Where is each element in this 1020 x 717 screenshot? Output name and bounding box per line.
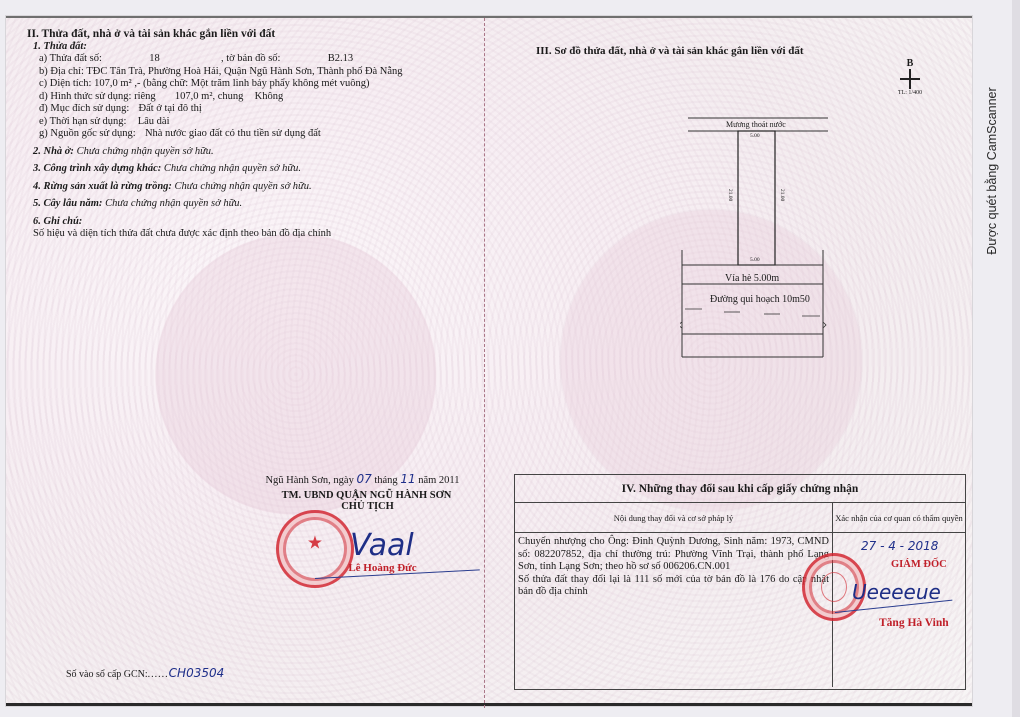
sign-role: CHỦ TỊCH: [250, 501, 485, 512]
forest-label: 4. Rừng sản xuất là rừng trồng:: [33, 181, 172, 192]
drain-label: Mương thoát nước: [726, 120, 786, 129]
changes-table-header: Nội dung thay đổi và cơ sở pháp lý Xác n…: [515, 503, 965, 533]
perennial-label: 5. Cây lâu năm:: [33, 198, 102, 209]
section-2: II. Thửa đất, nhà ở và tài sản khác gắn …: [27, 28, 477, 241]
book-number-value: CH03504: [169, 666, 225, 680]
note-text: Số hiệu và diện tích thửa đất chưa được …: [33, 228, 477, 241]
forest-value: Chưa chứng nhận quyền sở hữu.: [175, 181, 312, 192]
land-number-label: a) Thửa đất số:: [39, 53, 102, 64]
usage-form-row: d) Hình thức sử dụng: riêng 107,0 m², ch…: [39, 91, 477, 104]
compass-icon: [900, 69, 920, 89]
area-row: c) Diện tích: 107,0 m² ,- (bằng chữ: Một…: [39, 78, 477, 91]
area-words: ,- (bằng chữ: Một trăm linh bảy phẩy khô…: [134, 78, 369, 89]
confirm-date: 27 - 4 - 2018: [861, 539, 938, 553]
usage-shared-label: , chung: [213, 91, 244, 102]
perennial-value: Chưa chứng nhận quyền sở hữu.: [105, 198, 242, 209]
address-row: b) Địa chỉ: TĐC Tân Trà, Phường Hoà Hải,…: [39, 66, 477, 79]
changes-table-row: Chuyển nhượng cho Ông: Đinh Quỳnh Dương,…: [515, 533, 965, 687]
house-value: Chưa chứng nhận quyền sở hữu.: [77, 146, 214, 157]
bottom-width-label: 5.00: [750, 257, 760, 263]
col-content-header: Nội dung thay đổi và cơ sở pháp lý: [515, 503, 833, 532]
sign-organization: TM. UBND QUẬN NGŨ HÀNH SƠN: [248, 490, 485, 501]
change-transfer-text: Chuyển nhượng cho Ông: Đinh Quỳnh Dương,…: [518, 536, 829, 574]
change-renumber-text: Số thửa đất thay đổi lại là 111 số mới c…: [518, 574, 829, 599]
camscanner-watermark: Được quét bằng CamScanner: [978, 76, 1006, 266]
change-content-cell: Chuyển nhượng cho Ông: Đinh Quỳnh Dương,…: [515, 533, 833, 687]
north-label: B: [890, 58, 930, 69]
perennial-item: 5. Cây lâu năm: Chưa chứng nhận quyền sở…: [33, 198, 477, 211]
term-label: e) Thời hạn sử dụng:: [39, 116, 126, 127]
purpose-label: đ) Mục đích sử dụng:: [39, 103, 129, 114]
section-4-title: IV. Những thay đổi sau khi cấp giấy chứn…: [515, 475, 965, 503]
left-length-label: 21.00: [727, 189, 733, 201]
section-2-title: II. Thửa đất, nhà ở và tài sản khác gắn …: [27, 28, 477, 41]
section-3-title: III. Sơ đồ thửa đất, nhà ở và tài sản kh…: [536, 45, 804, 57]
plot-drawing: [680, 112, 830, 362]
sign-month: 11: [400, 472, 415, 486]
purpose-value: Đất ở tại đô thị: [139, 103, 202, 114]
note-item: 6. Ghi chú:: [33, 216, 477, 229]
col-confirm-header: Xác nhận của cơ quan có thẩm quyền: [833, 503, 965, 532]
house-item: 2. Nhà ở: Chưa chứng nhận quyền sở hữu.: [33, 146, 477, 159]
sidewalk-label: Vỉa hè 5.00m: [725, 273, 779, 284]
confirm-signature: Ueeeeue: [852, 580, 941, 604]
plot-diagram: Mương thoát nước 5.00 21.00 21.00 5.00 V…: [680, 112, 830, 362]
area-value: 107,0 m²: [94, 78, 132, 89]
usage-form-label: d) Hình thức sử dụng: riêng: [39, 91, 156, 102]
land-number-row: a) Thửa đất số: 18 , tờ bản đồ số: B2.13: [39, 53, 477, 66]
confirm-role: GIÁM ĐỐC: [891, 559, 947, 570]
origin-row: g) Nguồn gốc sử dụng: Nhà nước giao đất …: [39, 128, 477, 141]
term-row: e) Thời hạn sử dụng: Lâu dài: [39, 116, 477, 129]
map-sheet-label: , tờ bản đồ số:: [221, 53, 281, 64]
confirm-name: Tăng Hà Vinh: [879, 617, 949, 629]
purpose-row: đ) Mục đích sử dụng: Đất ở tại đô thị: [39, 103, 477, 116]
right-length-label: 21.00: [779, 189, 785, 201]
house-label: 2. Nhà ở:: [33, 146, 74, 157]
origin-label: g) Nguồn gốc sử dụng:: [39, 128, 136, 139]
other-construction-item: 3. Công trình xây dựng khác: Chưa chứng …: [33, 163, 477, 176]
sign-place: Ngũ Hành Sơn, ngày: [265, 475, 353, 486]
other-construction-value: Chưa chứng nhận quyền sở hữu.: [164, 163, 301, 174]
land-subtitle: 1. Thửa đất:: [33, 41, 477, 54]
page-fold: [484, 18, 492, 708]
sign-date-line: Ngũ Hành Sơn, ngày 07 tháng 11 năm 2011: [240, 472, 485, 486]
certificate-book-number: Số vào sổ cấp GCN:......CH03504: [66, 666, 224, 680]
term-value: Lâu dài: [138, 116, 170, 127]
area-label: c) Diện tích:: [39, 78, 91, 89]
handwritten-signature: Vaal: [350, 528, 414, 563]
watermark-text: Được quét bằng CamScanner: [985, 87, 999, 254]
top-width-label: 5.00: [750, 133, 760, 139]
sign-year: năm 2011: [418, 475, 459, 486]
north-compass: B TL: 1/400: [890, 58, 930, 100]
scan-edge: [1012, 0, 1020, 717]
book-number-label: Số vào sổ cấp GCN:: [66, 669, 148, 680]
forest-item: 4. Rừng sản xuất là rừng trồng: Chưa chứ…: [33, 181, 477, 194]
sign-month-label: tháng: [374, 475, 397, 486]
map-scale: TL: 1/400: [890, 90, 930, 96]
other-construction-label: 3. Công trình xây dựng khác:: [33, 163, 161, 174]
road-label: Đường qui hoạch 10m50: [710, 294, 810, 305]
map-sheet-value: B2.13: [328, 53, 353, 64]
land-number-value: 18: [149, 53, 160, 64]
signer-name: Lê Hoàng Đức: [280, 562, 485, 574]
origin-value: Nhà nước giao đất có thu tiền sử dụng đấ…: [145, 128, 321, 139]
usage-shared-value: Không: [255, 91, 284, 102]
sign-day: 07: [356, 472, 371, 486]
usage-private-value: 107,0 m²: [175, 91, 213, 102]
note-label: 6. Ghi chú:: [33, 216, 82, 227]
